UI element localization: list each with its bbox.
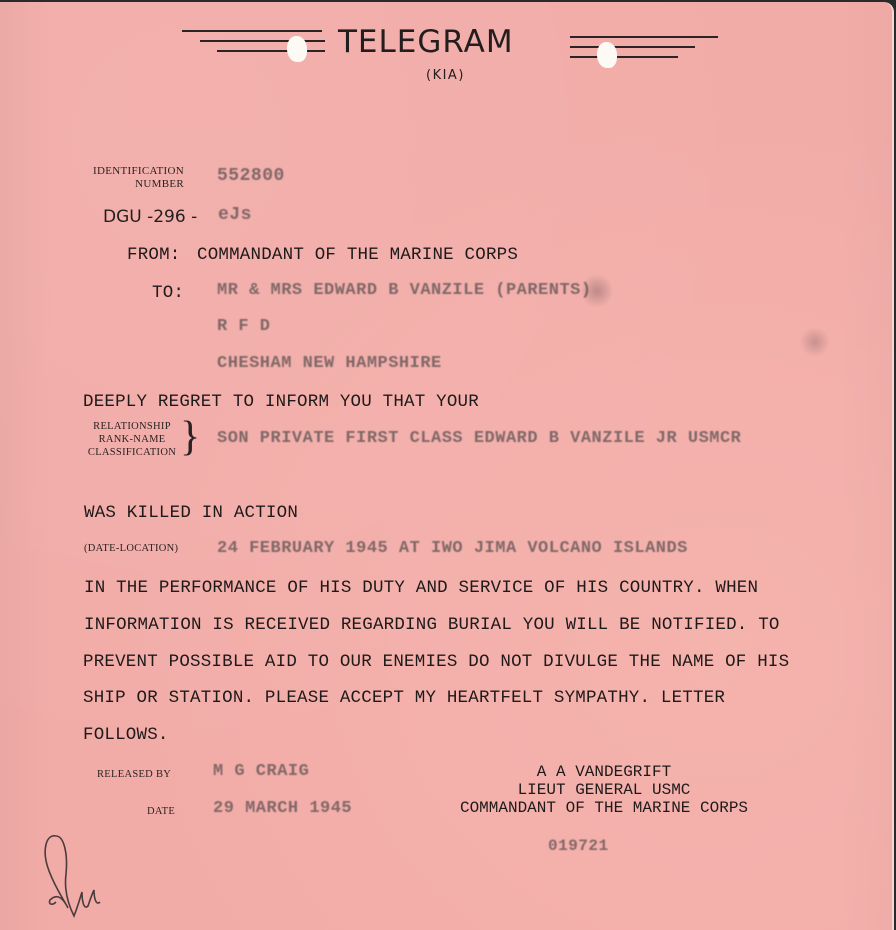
punch-hole-left xyxy=(287,36,307,62)
to-address-line: R F D xyxy=(217,317,271,336)
identification-number: 552800 xyxy=(217,166,285,186)
identification-label: IDENTIFICATION NUMBER xyxy=(80,165,184,191)
body-line-3: PREVENT POSSIBLE AID TO OUR ENEMIES DO N… xyxy=(83,652,789,672)
from-label: FROM: xyxy=(127,245,181,265)
rank-name-label: RANK-NAME xyxy=(82,433,182,446)
serial-number: 019721 xyxy=(548,837,609,855)
classification-label: CLASSIFICATION xyxy=(82,446,182,459)
from-value: COMMANDANT OF THE MARINE CORPS xyxy=(197,245,518,265)
status-line: WAS KILLED IN ACTION xyxy=(84,503,298,523)
body-line-2: INFORMATION IS RECEIVED REGARDING BURIAL… xyxy=(84,615,780,635)
punch-hole-right xyxy=(597,42,617,68)
identification-label-line2: NUMBER xyxy=(80,178,184,191)
body-line-4: SHIP OR STATION. PLEASE ACCEPT MY HEARTF… xyxy=(83,688,725,708)
signer-title: COMMANDANT OF THE MARINE CORPS xyxy=(436,799,772,817)
signer-name: A A VANDEGRIFT xyxy=(436,763,772,781)
relationship-value: SON PRIVATE FIRST CLASS EDWARD B VANZILE… xyxy=(217,429,741,448)
ink-smudge-parents xyxy=(582,272,612,310)
telegram-sheet: TELEGRAM (KIA) IDENTIFICATION NUMBER 552… xyxy=(0,2,894,930)
released-by-value: M G CRAIG xyxy=(213,762,309,781)
identification-label-line1: IDENTIFICATION xyxy=(80,165,184,178)
telegram-title: TELEGRAM xyxy=(338,24,514,60)
message-intro: DEEPLY REGRET TO INFORM YOU THAT YOUR xyxy=(83,392,479,412)
to-addressee: MR & MRS EDWARD B VANZILE (PARENTS) xyxy=(217,281,592,300)
relationship-labels: RELATIONSHIP RANK-NAME CLASSIFICATION xyxy=(82,420,182,459)
date-label: DATE xyxy=(147,806,175,817)
reference-initials: eJs xyxy=(218,205,252,225)
signature-block: A A VANDEGRIFT LIEUT GENERAL USMC COMMAN… xyxy=(436,763,772,817)
to-label: TO: xyxy=(152,283,184,303)
date-location-label: (DATE-LOCATION) xyxy=(84,543,178,554)
telegram-subtitle: (KIA) xyxy=(426,68,465,83)
body-line-1: IN THE PERFORMANCE OF HIS DUTY AND SERVI… xyxy=(84,578,758,598)
brace-icon: } xyxy=(180,416,200,458)
reference-code: DGU -296 - xyxy=(103,207,197,227)
date-location-value: 24 FEBRUARY 1945 AT IWO JIMA VOLCANO ISL… xyxy=(217,539,688,558)
handwritten-initials-icon xyxy=(38,830,108,922)
released-by-label: RELEASED BY xyxy=(97,769,171,780)
relationship-label: RELATIONSHIP xyxy=(82,420,182,433)
ink-smudge xyxy=(800,327,830,357)
body-line-5: FOLLOWS. xyxy=(83,725,169,745)
date-value: 29 MARCH 1945 xyxy=(213,799,352,818)
to-city-state: CHESHAM NEW HAMPSHIRE xyxy=(217,354,442,373)
signer-rank: LIEUT GENERAL USMC xyxy=(436,781,772,799)
